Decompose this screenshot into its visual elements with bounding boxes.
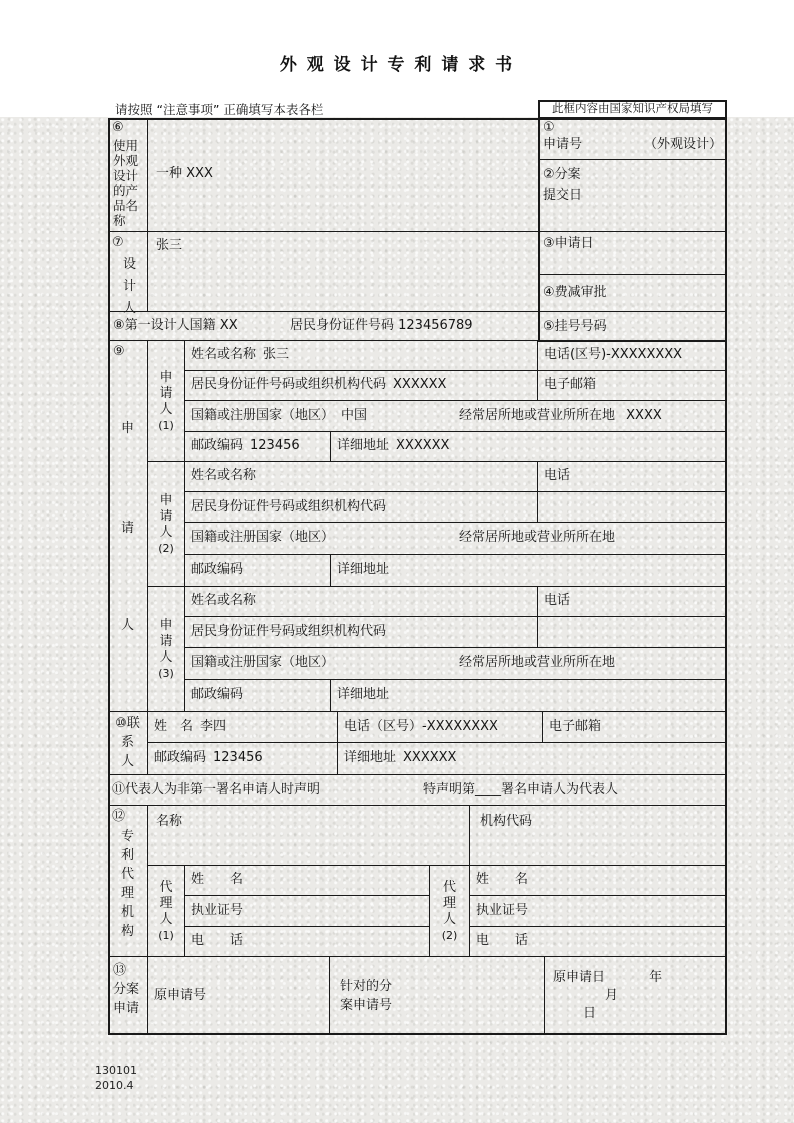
applicant-1-nationality-field: 国籍或注册国家（地区） 中国 经常居所地或营业所所在地 XXXX xyxy=(185,401,727,432)
agent-name-label: 姓 名 xyxy=(191,872,243,888)
circle-6-num: ⑥ xyxy=(112,120,147,136)
nationality-label: 国籍或注册国家（地区） xyxy=(191,408,334,424)
agent-1-sublabel-index: (1) xyxy=(158,929,174,943)
agent-1-name-field: 姓 名 xyxy=(185,866,430,896)
filing-date-label: ③申请日 xyxy=(543,236,594,251)
designer-label: 设计人 xyxy=(123,254,137,320)
applicant-1-sublabel-index: (1) xyxy=(158,419,174,433)
agent-1-sublabel-text: 代理人 xyxy=(159,880,173,928)
agency-code-field: 机构代码 xyxy=(470,806,727,866)
divisional-label: ②分案 xyxy=(543,164,722,185)
address-label: 详细地址 xyxy=(337,687,389,703)
id-label: 居民身份证件号码或组织机构代码 xyxy=(191,377,386,393)
office-application-number-cell: ① 申请号 （外观设计） xyxy=(538,118,727,160)
circle-13-num: ⑬ xyxy=(113,961,147,980)
applicant-1-phone-field: 电话(区号)-XXXXXXXX xyxy=(538,341,727,371)
applicant-block-2: 申请人 (2) 姓名或名称 电话 居民身份证件号码或组织机构代码 国籍或注册国家… xyxy=(148,462,727,587)
product-name-value: 一种 XXX xyxy=(156,166,213,181)
postal-label: 邮政编码 xyxy=(191,687,243,703)
postal-label: 邮政编码 xyxy=(191,562,243,578)
agency-name-field: 名称 xyxy=(148,806,470,866)
applicant-2-sublabel-text: 申请人 xyxy=(159,493,173,541)
contact-postal-field: 邮政编码 123456 xyxy=(148,743,338,775)
nationality-label: 国籍或注册国家（地区） xyxy=(191,655,334,671)
residence-pair: 经常居所地或营业所所在地 XXXX xyxy=(459,408,662,424)
applicant-1-sublabel-text: 申请人 xyxy=(159,370,173,418)
application-number-label: 申请号 xyxy=(543,137,582,153)
form-footer: 130101 2010.4 xyxy=(95,1063,137,1093)
contact-email-field: 电子邮箱 xyxy=(543,712,727,743)
contact-address-value: XXXXXX xyxy=(403,750,456,766)
contact-label-cell: ⑩联 系 人 xyxy=(108,712,148,775)
applicant-2-phone-field: 电话 xyxy=(538,462,727,492)
residence-value: XXXX xyxy=(626,408,662,423)
address-value: XXXXXX xyxy=(396,438,449,454)
phone-label: 电话 xyxy=(544,593,570,609)
circle-12-num: ⑫ xyxy=(108,809,147,825)
agent-2-sublabel-index: (2) xyxy=(442,929,458,943)
contact-address-field: 详细地址 XXXXXX xyxy=(338,743,727,775)
contact-address-label: 详细地址 xyxy=(344,750,396,766)
applicant-2-nationality-field: 国籍或注册国家（地区） 经常居所地或营业所所在地 xyxy=(185,523,727,555)
circle-9-num: ⑨ xyxy=(113,344,125,360)
phone-label: 电话 xyxy=(544,468,570,484)
circle-1-num: ① xyxy=(543,120,722,136)
applicant-1-name-field: 姓名或名称 张三 xyxy=(185,341,538,371)
residence-label: 经常居所地或营业所所在地 xyxy=(459,530,615,545)
representative-declaration-blank: 特声明第____署名申请人为代表人 xyxy=(423,782,618,798)
applicant-3-sublabel-index: (3) xyxy=(158,667,174,681)
product-name-label-cell: ⑥ 使用外观设计的产品名称 xyxy=(108,118,148,232)
agent-2-sublabel-text: 代理人 xyxy=(443,880,457,928)
design-type-suffix: （外观设计） xyxy=(644,137,722,153)
target-divisional-number-field: 针对的分案申请号 xyxy=(330,957,545,1035)
id-value: XXXXXX xyxy=(393,377,446,393)
name-label: 姓名或名称 xyxy=(191,347,256,363)
postal-label: 邮政编码 xyxy=(191,438,243,454)
divisional-block: 原申请号 针对的分案申请号 原申请日 年 月 日 xyxy=(148,957,727,1035)
agency-label-cell: ⑫ 专利代理机构 xyxy=(108,806,148,957)
applicant-3-email-field xyxy=(538,617,727,648)
representative-row: ⑪代表人为非第一署名申请人时声明 特声明第____署名申请人为代表人 xyxy=(108,775,727,806)
agent-1-sublabel: 代理人 (1) xyxy=(148,866,185,957)
form-code: 130101 xyxy=(95,1063,137,1078)
day-label: 日 xyxy=(583,1005,727,1023)
agent-license-label: 执业证号 xyxy=(476,903,528,919)
form-version-date: 2010.4 xyxy=(95,1078,137,1093)
contact-email-label: 电子邮箱 xyxy=(549,719,601,735)
fill-instruction-note: 请按照 “注意事项” 正确填写本表各栏 xyxy=(115,100,323,118)
original-application-number-label: 原申请号 xyxy=(154,988,206,1004)
applicant-3-address-field: 详细地址 xyxy=(331,680,727,712)
product-name-label: 使用外观设计的产品名称 xyxy=(113,138,141,228)
applicant-2-id-field: 居民身份证件号码或组织机构代码 xyxy=(185,492,538,523)
fee-reduction-label: ④费减审批 xyxy=(543,285,607,301)
agency-block: 名称 机构代码 代理人 (1) 姓 名 执业证号 电 话 代理人 (2) 姓 名… xyxy=(148,806,727,957)
office-fee-reduction-cell: ④费减审批 xyxy=(538,275,727,312)
contact-name-field: 姓 名 李四 xyxy=(148,712,338,743)
applicant-block-1: 申请人 (1) 姓名或名称 张三 电话(区号)-XXXXXXXX 居民身份证件号… xyxy=(148,341,727,462)
applicant-3-sublabel: 申请人 (3) xyxy=(148,587,185,712)
contact-name-label: 姓 名 xyxy=(154,719,193,735)
contact-label-line3: 人 xyxy=(108,752,147,771)
divisional-label-cell: ⑬ 分案 申请 xyxy=(108,957,148,1035)
residence-pair: 经常居所地或营业所所在地 xyxy=(459,655,615,671)
office-registered-number-cell: ⑤挂号号码 xyxy=(538,312,727,342)
office-filing-date-cell: ③申请日 xyxy=(538,232,727,275)
applicant-3-id-field: 居民身份证件号码或组织机构代码 xyxy=(185,617,538,648)
first-designer-row: ⑧第一设计人国籍 XX 居民身份证件号码 123456789 xyxy=(108,312,538,341)
residence-label: 经常居所地或营业所所在地 xyxy=(459,408,615,423)
name-value: 张三 xyxy=(263,347,289,363)
applicant-block-3: 申请人 (3) 姓名或名称 电话 居民身份证件号码或组织机构代码 国籍或注册国家… xyxy=(148,587,727,712)
applicant-3-nationality-field: 国籍或注册国家（地区） 经常居所地或营业所所在地 xyxy=(185,648,727,680)
applicant-1-address-field: 详细地址 XXXXXX xyxy=(331,432,727,462)
agency-label: 专利代理机构 xyxy=(121,827,135,941)
applicant-2-sublabel: 申请人 (2) xyxy=(148,462,185,587)
designer-value: 张三 xyxy=(156,238,182,253)
divisional-label-line1: 分案 xyxy=(113,980,147,999)
id-label: 居民身份证件号码或组织机构代码 xyxy=(191,624,386,640)
contact-phone-field: 电话（区号）-XXXXXXXX xyxy=(338,712,543,743)
applicant-1-postal-field: 邮政编码 123456 xyxy=(185,432,331,462)
representative-declaration-label: ⑪代表人为非第一署名申请人时声明 xyxy=(112,782,320,798)
target-divisional-number-label: 针对的分案申请号 xyxy=(340,977,396,1015)
contact-phone-label: 电话（区号）-XXXXXXXX xyxy=(344,719,498,735)
id-label: 居民身份证件号码或组织机构代码 xyxy=(191,499,386,515)
contact-postal-label: 邮政编码 xyxy=(154,750,206,766)
email-label: 电子邮箱 xyxy=(544,377,596,393)
year-label: 年 xyxy=(649,970,662,985)
contact-label-line2: 系 xyxy=(108,733,147,752)
residence-label: 经常居所地或营业所所在地 xyxy=(459,655,615,670)
first-designer-nationality: ⑧第一设计人国籍 XX xyxy=(113,318,238,334)
contact-name-value: 李四 xyxy=(200,719,226,735)
applicants-label-char-3: 人 xyxy=(121,618,134,634)
contact-postal-value: 123456 xyxy=(213,750,263,766)
first-designer-id-number: 居民身份证件号码 123456789 xyxy=(290,318,473,334)
designer-value-cell: 张三 xyxy=(148,232,538,312)
address-label: 详细地址 xyxy=(337,562,389,578)
name-label: 姓名或名称 xyxy=(191,468,256,484)
agent-phone-label: 电 话 xyxy=(476,933,528,949)
postal-value: 123456 xyxy=(250,438,300,454)
phone-label: 电话(区号)-XXXXXXXX xyxy=(544,347,682,363)
original-filing-date-label: 原申请日 xyxy=(553,970,605,985)
applicant-3-sublabel-text: 申请人 xyxy=(159,618,173,666)
applicant-2-postal-field: 邮政编码 xyxy=(185,555,331,587)
page-title: 外 观 设 计 专 利 请 求 书 xyxy=(0,50,794,75)
application-number-line: 申请号 （外观设计） xyxy=(543,137,722,153)
agent-1-license-field: 执业证号 xyxy=(185,896,430,927)
applicant-1-email-field: 电子邮箱 xyxy=(538,371,727,401)
submission-date-label: 提交日 xyxy=(543,185,722,206)
name-label: 姓名或名称 xyxy=(191,593,256,609)
product-name-value-cell: 一种 XXX xyxy=(148,118,538,232)
applicant-1-sublabel: 申请人 (1) xyxy=(148,341,185,462)
original-filing-date-line1: 原申请日 年 月 xyxy=(553,969,727,1005)
office-box-header: 此框内容由国家知识产权局填写 xyxy=(538,100,727,118)
agent-license-label: 执业证号 xyxy=(191,903,243,919)
applicants-label-cell: ⑨ 申 请 人 xyxy=(108,341,148,712)
applicant-2-address-field: 详细地址 xyxy=(331,555,727,587)
applicants-label-char-1: 申 xyxy=(121,421,134,437)
residence-pair: 经常居所地或营业所所在地 xyxy=(459,530,615,546)
nationality-label: 国籍或注册国家（地区） xyxy=(191,530,334,546)
applicant-2-name-field: 姓名或名称 xyxy=(185,462,538,492)
applicant-2-email-field xyxy=(538,492,727,523)
applicant-3-phone-field: 电话 xyxy=(538,587,727,617)
address-label: 详细地址 xyxy=(337,438,389,454)
divisional-label-line2: 申请 xyxy=(113,999,147,1018)
agent-2-license-field: 执业证号 xyxy=(470,896,727,927)
agent-phone-label: 电 话 xyxy=(191,933,243,949)
agent-2-phone-field: 电 话 xyxy=(470,927,727,957)
registered-number-label: ⑤挂号号码 xyxy=(543,319,607,335)
agency-code-label: 机构代码 xyxy=(480,814,532,829)
agent-1-phone-field: 电 话 xyxy=(185,927,430,957)
applicant-3-postal-field: 邮政编码 xyxy=(185,680,331,712)
office-divisional-date-cell: ②分案 提交日 xyxy=(538,160,727,232)
applicant-3-name-field: 姓名或名称 xyxy=(185,587,538,617)
circle-7-num: ⑦ xyxy=(112,235,147,251)
month-label: 月 xyxy=(605,988,618,1003)
agent-2-sublabel: 代理人 (2) xyxy=(430,866,470,957)
applicant-2-sublabel-index: (2) xyxy=(158,542,174,556)
contact-block: 姓 名 李四 电话（区号）-XXXXXXXX 电子邮箱 邮政编码 123456 … xyxy=(148,712,727,775)
nationality-value: 中国 xyxy=(341,408,367,424)
applicants-label-char-2: 请 xyxy=(121,521,134,537)
agent-2-name-field: 姓 名 xyxy=(470,866,727,896)
designer-label-cell: ⑦ 设计人 xyxy=(108,232,148,312)
original-application-number-field: 原申请号 xyxy=(148,957,330,1035)
original-filing-date-field: 原申请日 年 月 日 xyxy=(545,957,727,1035)
contact-label-line1: ⑩联 xyxy=(108,714,147,733)
agent-name-label: 姓 名 xyxy=(476,872,528,888)
applicant-1-id-field: 居民身份证件号码或组织机构代码 XXXXXX xyxy=(185,371,538,401)
agency-name-label: 名称 xyxy=(156,814,182,829)
office-box-header-text: 此框内容由国家知识产权局填写 xyxy=(552,101,713,115)
